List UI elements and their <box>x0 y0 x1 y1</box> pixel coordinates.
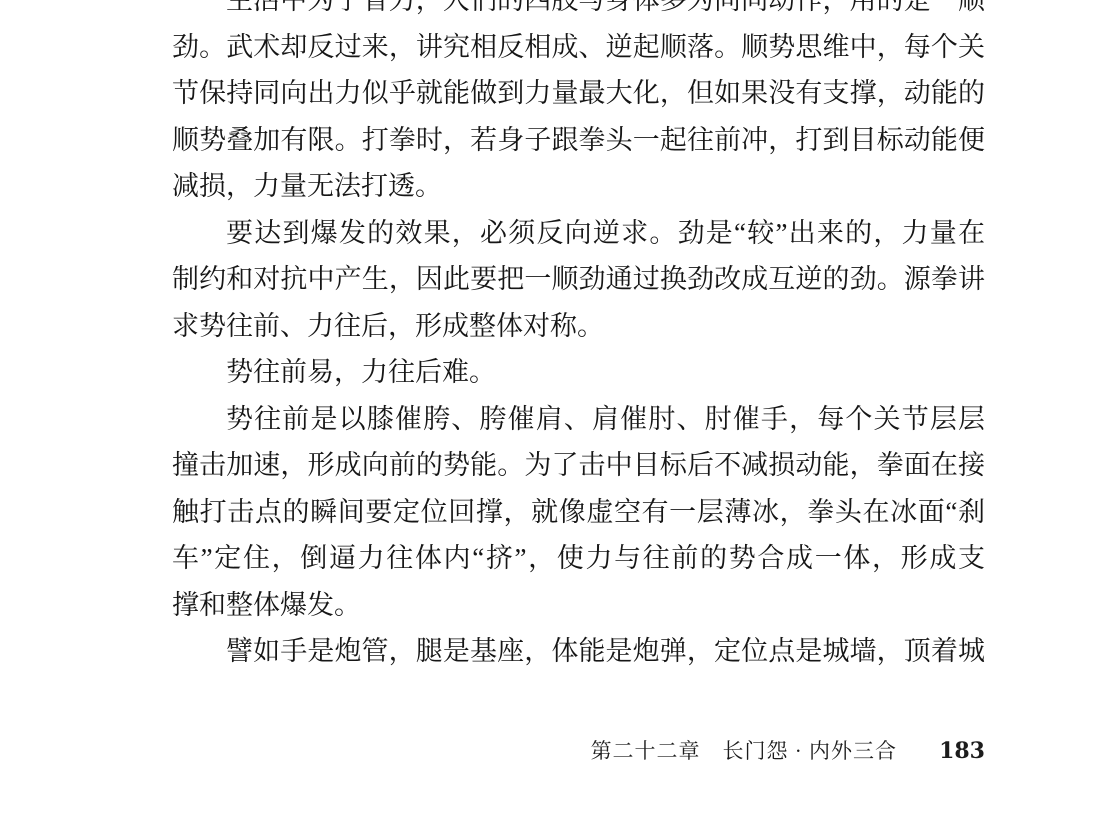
page-number: 183 <box>939 738 985 764</box>
page-footer: 第二十二章 长门怨 · 内外三合 183 <box>591 735 985 765</box>
text-line: 要达到爆发的效果，必须反向逆求。劲是“较”出来的，力量在 <box>172 210 985 257</box>
text-line: 减损，力量无法打透。 <box>172 163 985 210</box>
book-page: 生活中为了省力，人们的四肢与身体多为同向动作，用的是一顺 劲。武术却反过来，讲究… <box>0 0 1101 824</box>
text-line: 触打击点的瞬间要定位回撑，就像虚空有一层薄冰，拳头在冰面“刹 <box>172 489 985 536</box>
text-line: 顺势叠加有限。打拳时，若身子跟拳头一起往前冲，打到目标动能便 <box>172 117 985 164</box>
text-line: 制约和对抗中产生，因此要把一顺劲通过换劲改成互逆的劲。源拳讲 <box>172 256 985 303</box>
body-text-column: 生活中为了省力，人们的四肢与身体多为同向动作，用的是一顺 劲。武术却反过来，讲究… <box>172 0 985 675</box>
text-line: 车”定住，倒逼力往体内“挤”，使力与往前的势合成一体，形成支 <box>172 535 985 582</box>
text-line: 撞击加速，形成向前的势能。为了击中目标后不减损动能，拳面在接 <box>172 442 985 489</box>
text-line: 譬如手是炮管，腿是基座，体能是炮弹，定位点是城墙，顶着城 <box>172 628 985 675</box>
text-line: 撑和整体爆发。 <box>172 582 985 629</box>
text-line: 势往前易，力往后难。 <box>172 349 985 396</box>
text-line: 势往前是以膝催胯、胯催肩、肩催肘、肘催手，每个关节层层 <box>172 396 985 443</box>
text-line: 劲。武术却反过来，讲究相反相成、逆起顺落。顺势思维中，每个关 <box>172 24 985 71</box>
text-line: 求势往前、力往后，形成整体对称。 <box>172 303 985 350</box>
text-line: 节保持同向出力似乎就能做到力量最大化，但如果没有支撑，动能的 <box>172 70 985 117</box>
running-chapter-title: 第二十二章 长门怨 · 内外三合 <box>591 735 898 765</box>
text-line: 生活中为了省力，人们的四肢与身体多为同向动作，用的是一顺 <box>172 0 985 24</box>
